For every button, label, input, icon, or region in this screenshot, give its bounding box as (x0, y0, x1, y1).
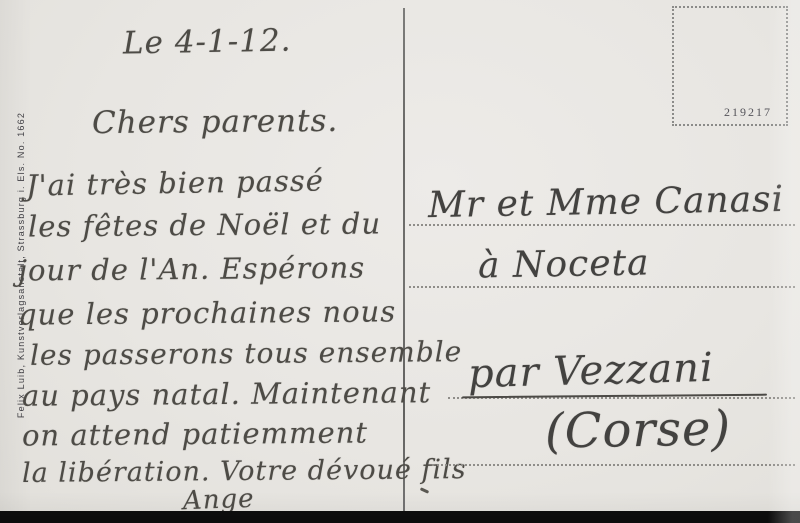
address-dotted-line (432, 464, 795, 466)
address-locality: à Noceta (478, 243, 650, 287)
message-line: jour de l'An. Espérons (18, 250, 365, 287)
postcard-back-scan: Felix Luib, Kunstverlagsanstalt, Strassb… (0, 0, 800, 523)
message-line: les fêtes de Noël et du (28, 206, 381, 243)
message-line: on attend patiemment (22, 415, 368, 452)
message-line: au pays natal. Maintenant (22, 375, 431, 413)
stray-pencil-mark (420, 487, 429, 494)
message-date: Le 4-1-12. (123, 23, 292, 62)
message-salutation: Chers parents. (92, 103, 339, 141)
message-line: que les prochaines nous (18, 294, 396, 331)
address-dotted-line (409, 286, 795, 288)
address-region: (Corse) (545, 400, 732, 459)
stamp-box: 219217 (672, 6, 788, 126)
message-line: les passerons tous ensemble (30, 335, 463, 372)
address-recipient: Mr et Mme Canasi (428, 179, 785, 226)
stamp-box-number: 219217 (724, 105, 772, 120)
address-via: par Vezzani (467, 345, 714, 397)
message-line: J'ai très bien passé (26, 163, 324, 202)
scan-edge-bottom (0, 511, 800, 523)
postcard-divider-line (403, 8, 405, 511)
